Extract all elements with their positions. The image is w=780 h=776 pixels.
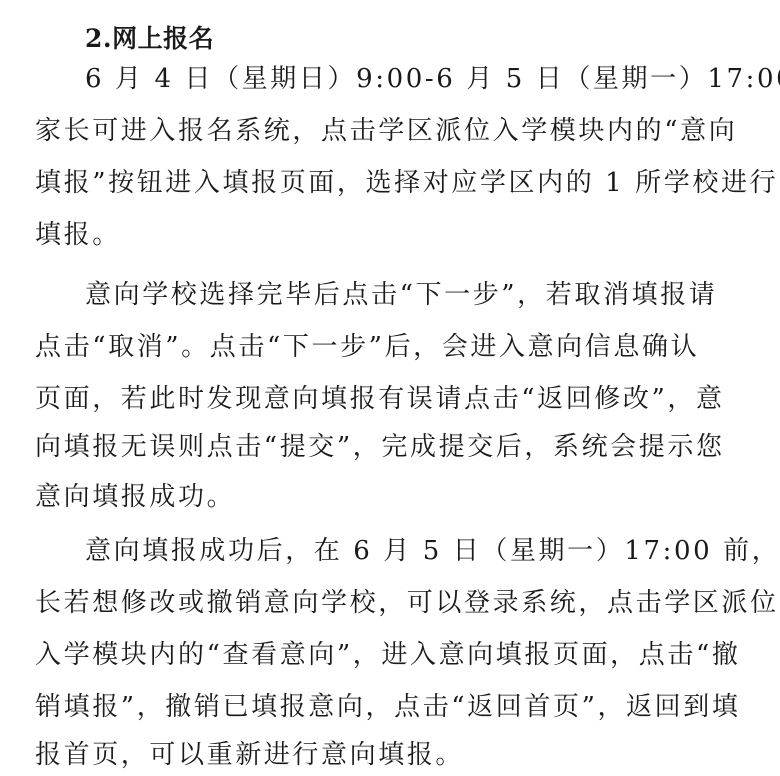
- paragraph-line: 6 月 4 日（星期日）9:00-6 月 5 日（星期一）17:00，: [85, 64, 780, 94]
- paragraph-line: 意向学校选择完毕后点击“下一步”，若取消填报请: [85, 280, 717, 310]
- paragraph-line: 填报”按钮进入填报页面，选择对应学区内的 1 所学校进行: [35, 168, 778, 198]
- paragraph-line: 意向填报成功后，在 6 月 5 日（星期一）17:00 前，家: [85, 536, 780, 566]
- section-title: 2.网上报名: [85, 24, 214, 54]
- paragraph-line: 页面，若此时发现意向填报有误请点击“返回修改”，意: [35, 384, 725, 414]
- paragraph-line: 意向填报成功。: [35, 482, 235, 512]
- paragraph-line: 入学模块内的“查看意向”，进入意向填报页面，点击“撤: [35, 640, 740, 670]
- paragraph-line: 销填报”，撤销已填报意向，点击“返回首页”，返回到填: [35, 692, 740, 722]
- paragraph-line: 填报。: [35, 220, 121, 250]
- paragraph-line: 点击“取消”。点击“下一步”后，会进入意向信息确认: [35, 332, 699, 362]
- paragraph-line: 长若想修改或撤销意向学校，可以登录系统，点击学区派位: [35, 588, 779, 618]
- paragraph-line: 家长可进入报名系统，点击学区派位入学模块内的“意向: [35, 116, 737, 146]
- paragraph-line: 向填报无误则点击“提交”，完成提交后，系统会提示您: [35, 432, 725, 462]
- paragraph-line: 报首页，可以重新进行意向填报。: [35, 740, 464, 770]
